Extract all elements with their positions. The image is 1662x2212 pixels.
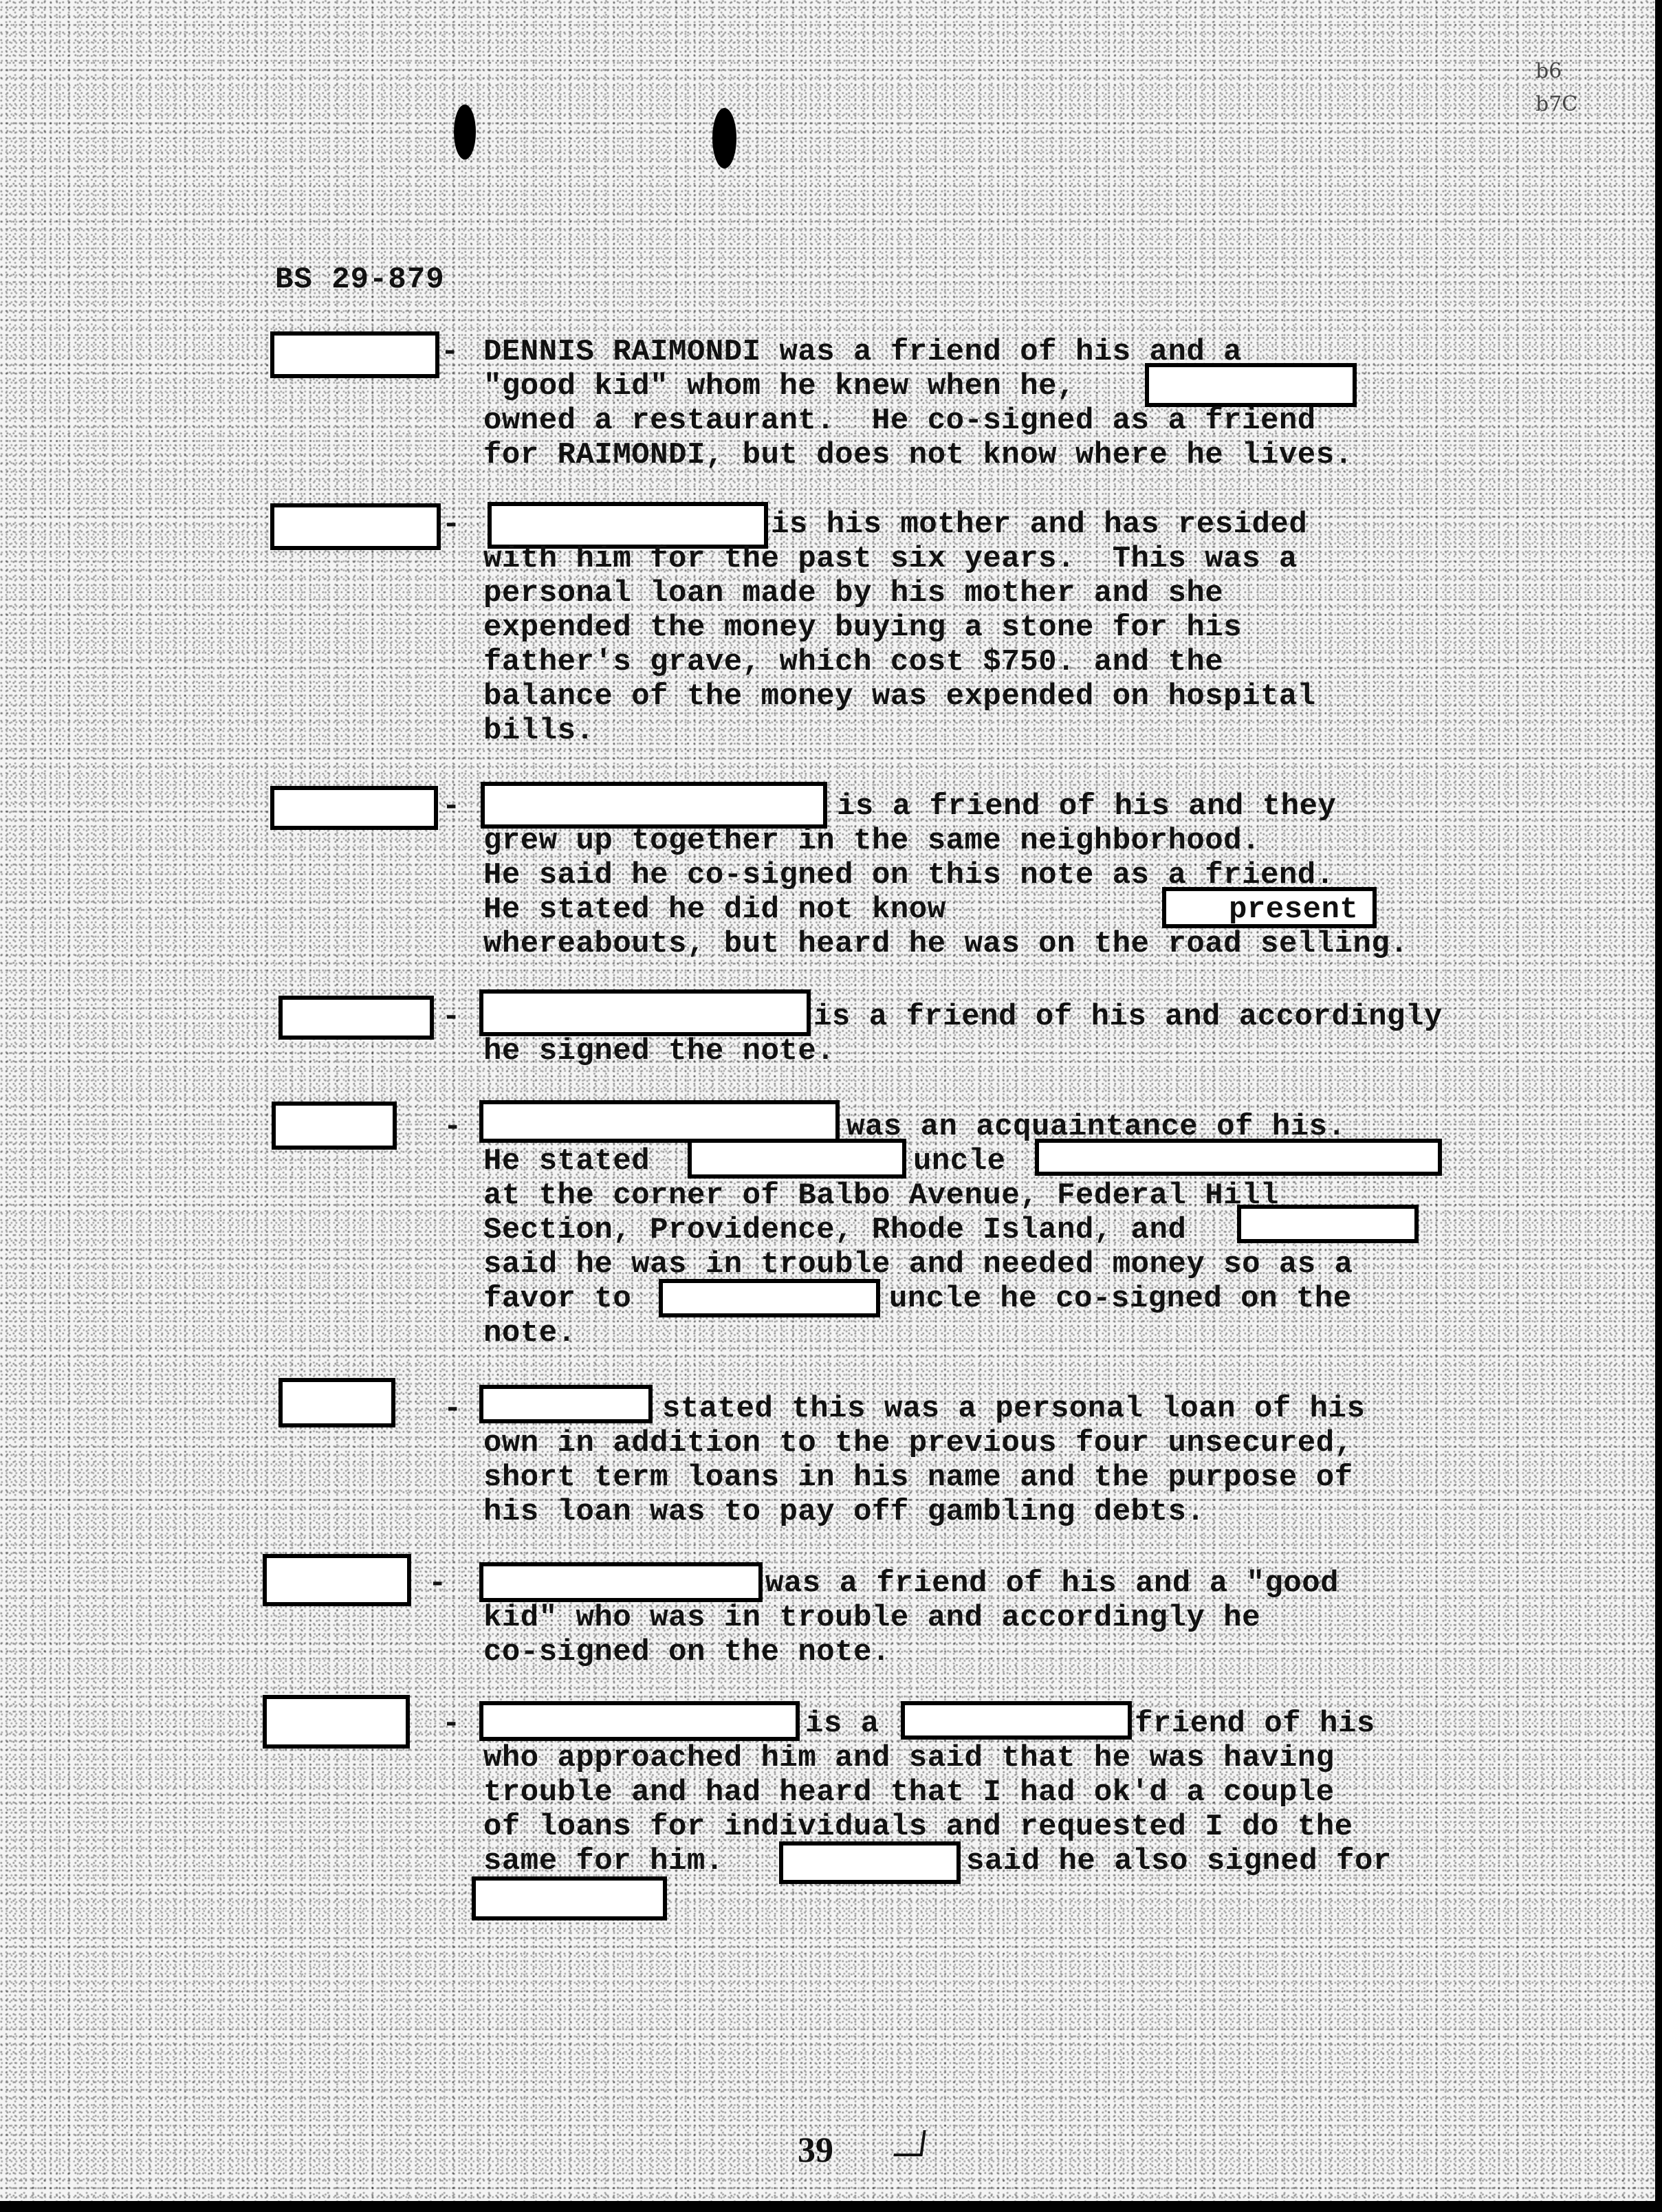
redaction-box (270, 503, 441, 550)
entry-text: He stated he did not know (483, 893, 946, 927)
dash: - (442, 1000, 460, 1034)
redaction-box (1145, 363, 1357, 407)
entry-text: He stated (483, 1144, 650, 1179)
entry-text: present (1229, 893, 1358, 927)
entry-text: DENNIS RAIMONDI was a friend of his and … (483, 335, 1242, 369)
entry-text: said he also signed for (966, 1844, 1392, 1879)
entry-text: own in addition to the previous four uns… (483, 1426, 1353, 1460)
entry-text: said he was in trouble and needed money … (483, 1247, 1353, 1282)
entry-text: grew up together in the same neighborhoo… (483, 824, 1260, 858)
redaction-box (270, 331, 439, 378)
entry-text: balance of the money was expended on hos… (483, 679, 1316, 714)
entry-text: personal loan made by his mother and she (483, 576, 1223, 611)
redaction-box (278, 1378, 395, 1427)
entry-text: who approached him and said that he was … (483, 1741, 1335, 1775)
entry-text: was a friend of his and a "good (765, 1566, 1339, 1601)
entry-text: co-signed on the note. (483, 1635, 890, 1669)
entry-text: father's grave, which cost $750. and the (483, 645, 1223, 679)
redaction-box (1237, 1205, 1419, 1243)
redaction-box (479, 1701, 800, 1741)
scan-edge (1655, 0, 1662, 2212)
redaction-box (479, 1385, 653, 1423)
redaction-box (688, 1139, 906, 1179)
entry-text: is his mother and has resided (771, 507, 1307, 542)
entry-text: his loan was to pay off gambling debts. (483, 1495, 1205, 1529)
redaction-box (479, 1100, 840, 1143)
redaction-box (479, 989, 811, 1036)
check-mark-icon (893, 2130, 926, 2156)
dash: - (444, 1392, 461, 1426)
entry-text: owned a restaurant. He co-signed as a fr… (483, 404, 1316, 438)
redaction-box (659, 1279, 880, 1317)
redaction-box (263, 1554, 411, 1606)
entry-text: is a (805, 1707, 879, 1741)
entry-text: expended the money buying a stone for hi… (483, 611, 1242, 645)
redaction-box (481, 782, 827, 829)
exemption-code: b7C (1535, 88, 1577, 121)
dash: - (428, 1566, 446, 1601)
dash: - (441, 335, 459, 369)
entry-text: Section, Providence, Rhode Island, and (483, 1213, 1186, 1247)
entry-text: uncle he co-signed on the (889, 1282, 1352, 1316)
entry-text: "good kid" whom he knew when he, (483, 369, 1075, 404)
redaction-box (1035, 1139, 1442, 1176)
entry-text: same for him. (483, 1844, 724, 1879)
dash: - (442, 1707, 460, 1741)
entry-text: favor to (483, 1282, 631, 1316)
entry-text: bills. (483, 714, 594, 748)
redaction-box (263, 1695, 410, 1749)
entry-text: friend of his (1135, 1707, 1375, 1741)
entry-text: whereabouts, but heard he was on the roa… (483, 927, 1408, 961)
entry-text: note. (483, 1316, 576, 1350)
entry-text: of loans for individuals and requested I… (483, 1810, 1353, 1844)
entry-text: stated this was a personal loan of his (662, 1392, 1365, 1426)
entry-text: is a friend of his and they (837, 789, 1336, 824)
entry-text: short term loans in his name and the pur… (483, 1460, 1353, 1495)
entry-text: kid" who was in trouble and accordingly … (483, 1601, 1260, 1635)
exemption-code: b6 (1535, 55, 1577, 88)
dash: - (442, 507, 460, 542)
redaction-box (901, 1701, 1132, 1740)
entry-text: trouble and had heard that I had ok'd a … (483, 1775, 1335, 1810)
punch-hole (454, 105, 476, 160)
redaction-box (779, 1841, 961, 1884)
page-number: 39 (798, 2130, 833, 2171)
entry-text: is a friend of his and accordingly (813, 1000, 1443, 1034)
punch-hole (712, 108, 736, 168)
redaction-box (479, 1562, 763, 1602)
entry-text: with him for the past six years. This wa… (483, 542, 1298, 576)
redaction-box (278, 996, 434, 1040)
document-page: b6 b7C BS 29-879 - DENNIS RAIMONDI was a… (0, 0, 1662, 2212)
entry-text: uncle (913, 1144, 1006, 1179)
exemption-codes: b6 b7C (1535, 55, 1577, 121)
redaction-box (270, 786, 438, 830)
entry-text: at the corner of Balbo Avenue, Federal H… (483, 1179, 1279, 1213)
entry-text: he signed the note. (483, 1034, 835, 1069)
redaction-box (472, 1876, 667, 1920)
dash: - (442, 789, 460, 824)
redaction-box (272, 1102, 397, 1150)
file-number: BS 29-879 (275, 263, 445, 297)
entry-text: for RAIMONDI, but does not know where he… (483, 438, 1353, 472)
scan-edge-bottom (0, 2201, 1662, 2212)
dash: - (444, 1110, 461, 1144)
